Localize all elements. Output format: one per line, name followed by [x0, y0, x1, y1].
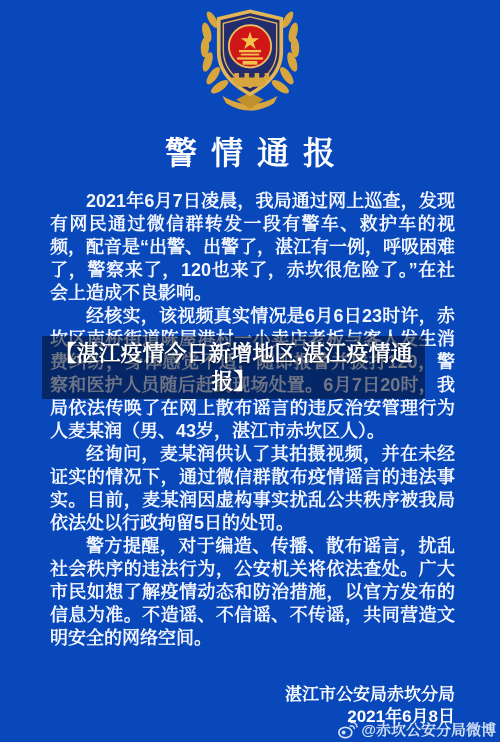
notice-paragraph: 警方提醒，对于编造、传播、散布谣言，扰乱社会秩序的违法行为，公安机关将依法查处。…	[50, 535, 455, 650]
police-badge-icon	[194, 4, 306, 118]
police-notice-poster: 警情通报 2021年6月7日凌晨，我局通过网上巡查，发现有网民通过微信群转发一段…	[0, 0, 500, 742]
notice-title: 警情通报	[0, 128, 500, 174]
signature-agency: 湛江市公安局赤坎分局	[285, 684, 455, 706]
caption-text: 【湛江疫情今日新增地区,湛江疫情通报】	[46, 340, 421, 396]
watermark-text: @赤坎公安分局微博	[361, 719, 496, 740]
notice-paragraph: 2021年6月7日凌晨，我局通过网上巡查，发现有网民通过微信群转发一段有警车、救…	[50, 190, 455, 305]
weibo-logo-icon	[337, 720, 358, 739]
notice-paragraph: 经询问，麦某润供认了其拍摄视频，并在未经证实的情况下，通过微信群散布疫情谣言的违…	[50, 443, 455, 535]
caption-overlay: 【湛江疫情今日新增地区,湛江疫情通报】	[42, 336, 425, 399]
notice-body: 2021年6月7日凌晨，我局通过网上巡查，发现有网民通过微信群转发一段有警车、救…	[50, 190, 455, 650]
weibo-watermark: @赤坎公安分局微博	[337, 719, 496, 740]
